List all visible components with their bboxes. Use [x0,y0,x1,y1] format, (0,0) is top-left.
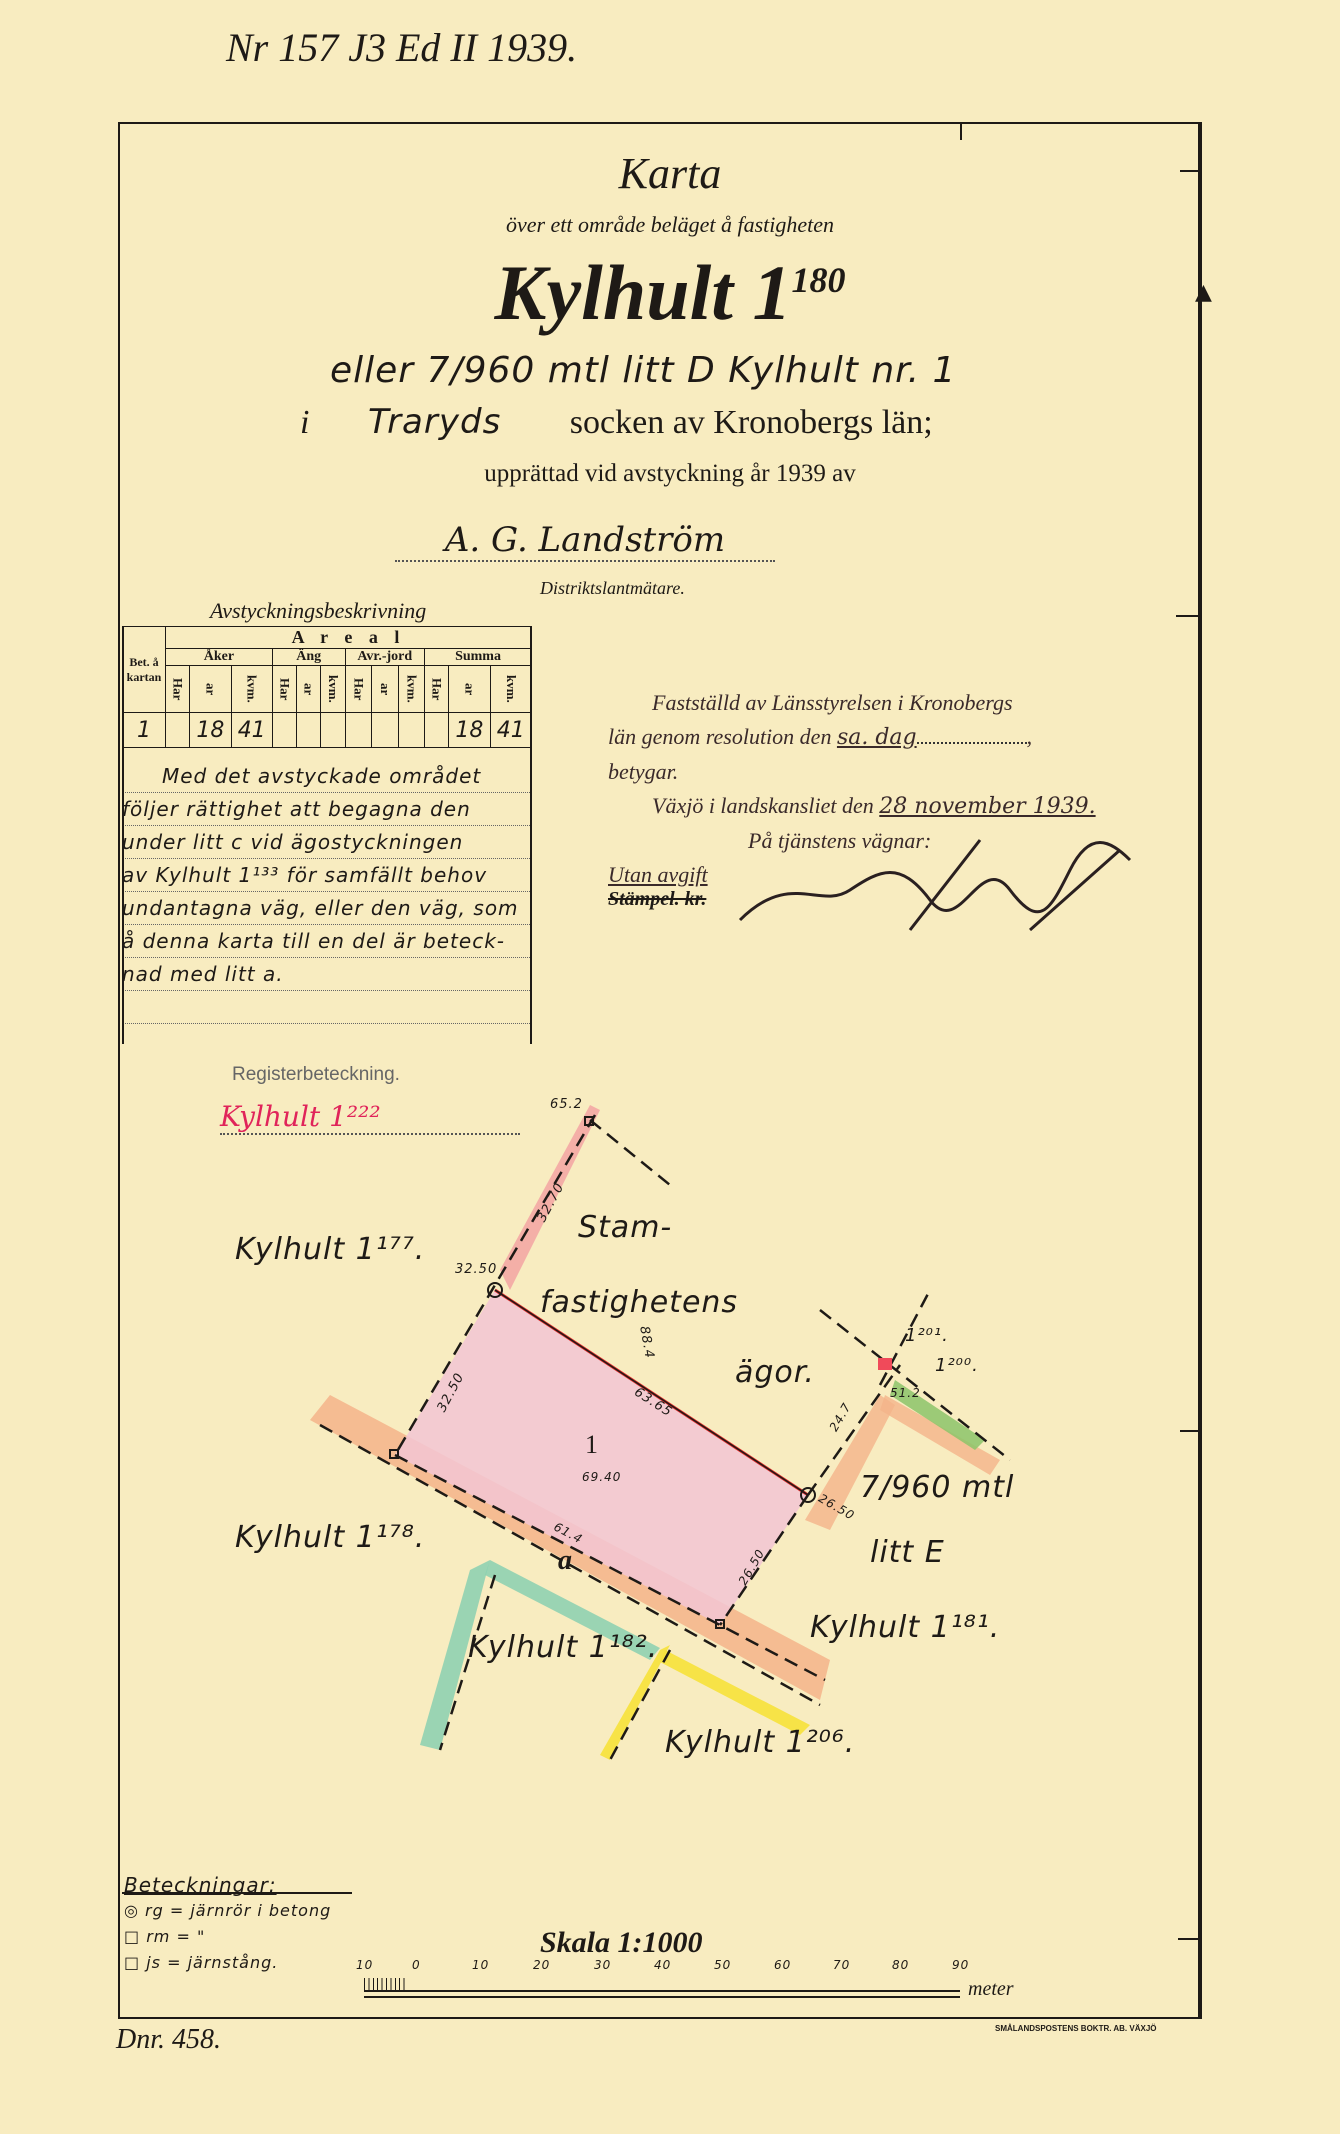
stam-label: Stam- [578,1210,672,1245]
neighbor-label: Kylhult 1²⁰⁶. [665,1725,855,1760]
stam-label: ägor. [735,1355,815,1390]
parcel-label: 1 [585,1430,598,1460]
legend-item: ◎ rg = järnrör i betong [124,1898,331,1924]
scale-tick: 70 [833,1958,850,1972]
neighbor-label: litt E [870,1535,945,1570]
measurement: 65.2 [550,1097,583,1112]
neighbor-label: 7/960 mtl [860,1470,1014,1505]
measurement: 32.50 [455,1262,497,1277]
scale-tick: 90 [952,1958,969,1972]
printer-imprint: SMÅLANDSPOSTENS BOKTR. AB. VÄXJÖ [995,2024,1157,2033]
road-label: a [558,1545,572,1577]
dnr-number: Dnr. 458. [116,2024,221,2056]
legend-divider [122,1892,352,1894]
neighbor-label: Kylhult 1¹⁷⁷. [235,1232,425,1267]
scale-tick: 0 [412,1958,421,1972]
rm-marker-icon [878,1358,892,1370]
cadastral-map [0,0,1340,2134]
scale-tick: 10 [472,1958,489,1972]
scale-bar [364,1990,960,1998]
scale-tick: 50 [714,1958,731,1972]
stam-label: fastighetens [540,1285,738,1320]
measurement: 69.40 [582,1470,621,1484]
scale-subdivisions [364,1978,408,1990]
scale-unit: meter [968,1978,1014,2001]
scale-tick: 40 [654,1958,671,1972]
legend-title: Beteckningar: [124,1872,331,1898]
legend-item: □ rm = " [124,1924,331,1950]
road-ne [880,1395,1000,1475]
legend-item: □ js = järnstång. [124,1950,331,1976]
neighbor-label: Kylhult 1¹⁷⁸. [235,1520,425,1555]
neighbor-label: Kylhult 1¹⁸². [468,1630,658,1665]
neighbor-label: 1²⁰⁰. [935,1355,979,1376]
scale-tick: 10 [356,1958,373,1972]
scale-tick: 20 [533,1958,550,1972]
legend: Beteckningar: ◎ rg = järnrör i betong □ … [124,1872,331,1976]
neighbor-label: 1²⁰¹. [905,1325,949,1346]
scale-tick: 30 [594,1958,611,1972]
neighbor-label: Kylhult 1¹⁸¹. [810,1610,1000,1645]
scale-title: Skala 1:1000 [540,1926,703,1960]
measurement: 51.2 [890,1386,921,1400]
scale-tick: 80 [892,1958,909,1972]
scale-tick: 60 [774,1958,791,1972]
